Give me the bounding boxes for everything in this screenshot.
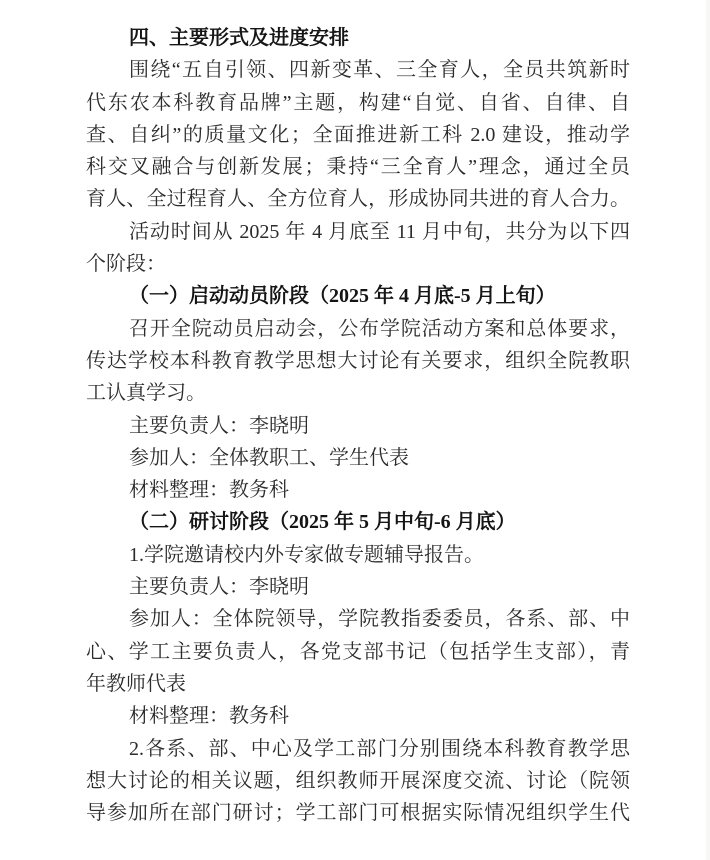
text-line: 参加人：全体教职工、学生代表 (86, 442, 630, 474)
text-line: 育人、全过程育人、全方位育人，形成协同共进的育人合力。 (86, 183, 630, 215)
scan-edge-shadow (706, 0, 710, 860)
text-line: 参加人：全体院领导，学院教指委委员，各系、部、中 (86, 603, 630, 635)
text-line: 个阶段： (86, 248, 630, 280)
section-heading: （一）启动动员阶段（2025 年 4 月底-5 月上旬） (86, 280, 630, 312)
text-line: 年教师代表 (86, 668, 630, 700)
text-line: 主要负责人：李晓明 (86, 571, 630, 603)
text-line: 2.各系、部、中心及学工部门分别围绕本科教育教学思 (86, 733, 630, 765)
text-line: 工认真学习。 (86, 377, 630, 409)
text-line: 查、自纠”的质量文化；全面推进新工科 2.0 建设，推动学 (86, 119, 630, 151)
section-heading: 四、主要形式及进度安排 (86, 22, 630, 54)
text-line: 传达学校本科教育教学思想大讨论有关要求，组织全院教职 (86, 345, 630, 377)
text-line: 科交叉融合与创新发展；秉持“三全育人”理念，通过全员 (86, 151, 630, 183)
text-block: 四、主要形式及进度安排围绕“五自引领、四新变革、三全育人，全员共筑新时代东农本科… (86, 22, 630, 829)
text-line: 主要负责人：李晓明 (86, 410, 630, 442)
text-line: 围绕“五自引领、四新变革、三全育人，全员共筑新时 (86, 54, 630, 86)
text-line: 材料整理：教务科 (86, 474, 630, 506)
text-line: 心、学工主要负责人，各党支部书记（包括学生支部），青 (86, 636, 630, 668)
text-line: 想大讨论的相关议题，组织教师开展深度交流、讨论（院领 (86, 765, 630, 797)
text-line: 活动时间从 2025 年 4 月底至 11 月中旬，共分为以下四 (86, 216, 630, 248)
text-line: 导参加所在部门研讨；学工部门可根据实际情况组织学生代 (86, 797, 630, 829)
section-heading: （二）研讨阶段（2025 年 5 月中旬-6 月底） (86, 506, 630, 538)
text-line: 1.学院邀请校内外专家做专题辅导报告。 (86, 539, 630, 571)
text-line: 材料整理：教务科 (86, 700, 630, 732)
text-line: 召开全院动员启动会，公布学院活动方案和总体要求， (86, 313, 630, 345)
text-line: 代东农本科教育品牌”主题，构建“自觉、自省、自律、自 (86, 87, 630, 119)
document-page: 四、主要形式及进度安排围绕“五自引领、四新变革、三全育人，全员共筑新时代东农本科… (0, 0, 710, 860)
